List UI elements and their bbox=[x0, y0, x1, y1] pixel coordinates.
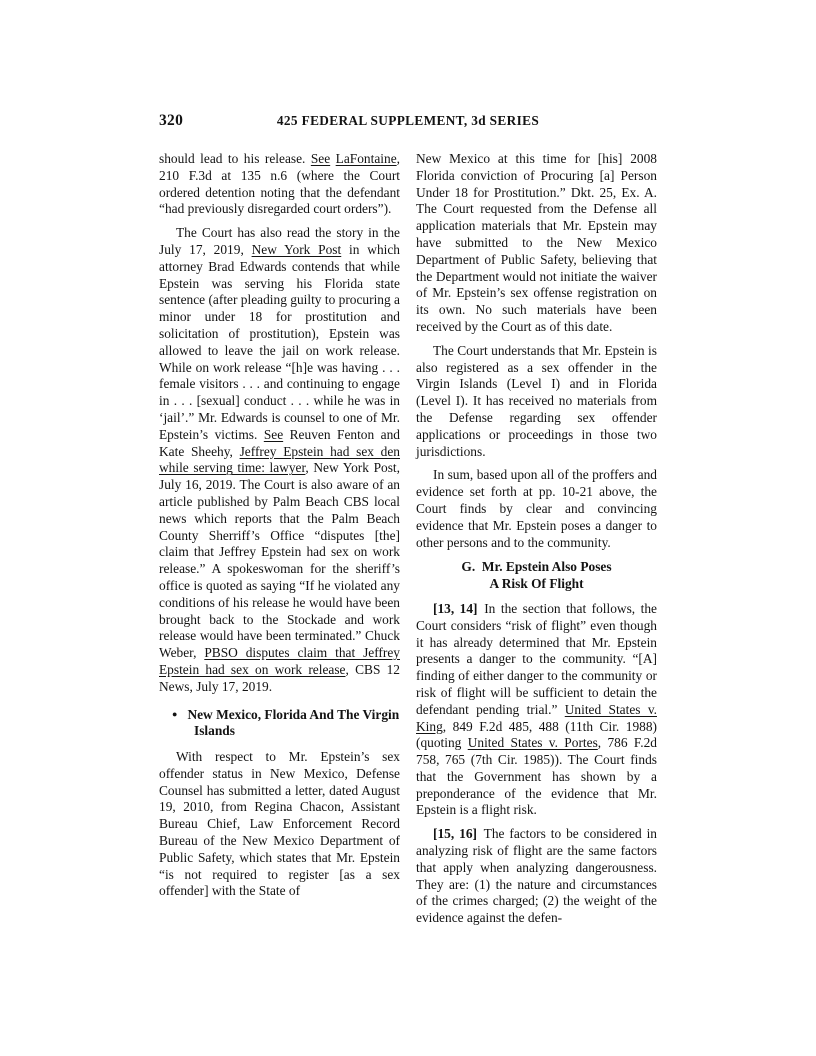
reporter-page: 320 425 FEDERAL SUPPLEMENT, 3d SERIES sh… bbox=[0, 0, 816, 1056]
page-number: 320 bbox=[159, 112, 183, 130]
body-text: The Court understands that Mr. Epstein i… bbox=[416, 343, 657, 459]
citation-underlined: New York Post bbox=[252, 242, 342, 257]
right-column: New Mexico at this time for [his] 2008 F… bbox=[416, 151, 657, 934]
body-text: in which attorney Brad Edwards contends … bbox=[159, 242, 400, 442]
body-text: In sum, based upon all of the proffers a… bbox=[416, 467, 657, 549]
body-paragraph: With respect to Mr. Epstein’s sex offend… bbox=[159, 749, 400, 900]
citation-underlined: See bbox=[264, 427, 283, 442]
bullet-heading-text: New Mexico, Florida And The Virgin Islan… bbox=[187, 707, 399, 739]
running-head: 320 425 FEDERAL SUPPLEMENT, 3d SERIES bbox=[159, 112, 657, 130]
citation-underlined: United States v. Portes bbox=[468, 735, 598, 750]
body-text: In the section that follows, the Court c… bbox=[416, 601, 657, 717]
section-heading-line: G. Mr. Epstein Also Poses bbox=[416, 559, 657, 576]
citation-underlined: LaFontaine bbox=[336, 151, 397, 166]
bullet-icon: ● bbox=[172, 709, 177, 719]
body-paragraph: The Court has also read the story in the… bbox=[159, 225, 400, 695]
headnote-number: [15, 16] bbox=[433, 826, 477, 841]
body-text: With respect to Mr. Epstein’s sex offend… bbox=[159, 749, 400, 898]
section-heading: G. Mr. Epstein Also PosesA Risk Of Fligh… bbox=[416, 559, 657, 593]
left-column: should lead to his release. See LaFontai… bbox=[159, 151, 400, 934]
body-paragraph: New Mexico at this time for [his] 2008 F… bbox=[416, 151, 657, 336]
body-paragraph: should lead to his release. See LaFontai… bbox=[159, 151, 400, 218]
body-paragraph: [15, 16] The factors to be considered in… bbox=[416, 826, 657, 927]
bullet-heading: ●New Mexico, Florida And The Virgin Isla… bbox=[159, 706, 400, 741]
body-paragraph: [13, 14] In the section that follows, th… bbox=[416, 601, 657, 819]
headnote-number: [13, 14] bbox=[433, 601, 478, 616]
reporter-title: 425 FEDERAL SUPPLEMENT, 3d SERIES bbox=[159, 112, 657, 129]
body-text: should lead to his release. bbox=[159, 151, 311, 166]
body-text: , New York Post, July 16, 2019. The Cour… bbox=[159, 460, 400, 660]
page-content: 320 425 FEDERAL SUPPLEMENT, 3d SERIES sh… bbox=[159, 112, 657, 934]
citation-underlined: See bbox=[311, 151, 330, 166]
body-paragraph: The Court understands that Mr. Epstein i… bbox=[416, 343, 657, 461]
text-columns: should lead to his release. See LaFontai… bbox=[159, 151, 657, 934]
section-heading-line: A Risk Of Flight bbox=[416, 576, 657, 593]
body-text: New Mexico at this time for [his] 2008 F… bbox=[416, 151, 657, 334]
body-paragraph: In sum, based upon all of the proffers a… bbox=[416, 467, 657, 551]
